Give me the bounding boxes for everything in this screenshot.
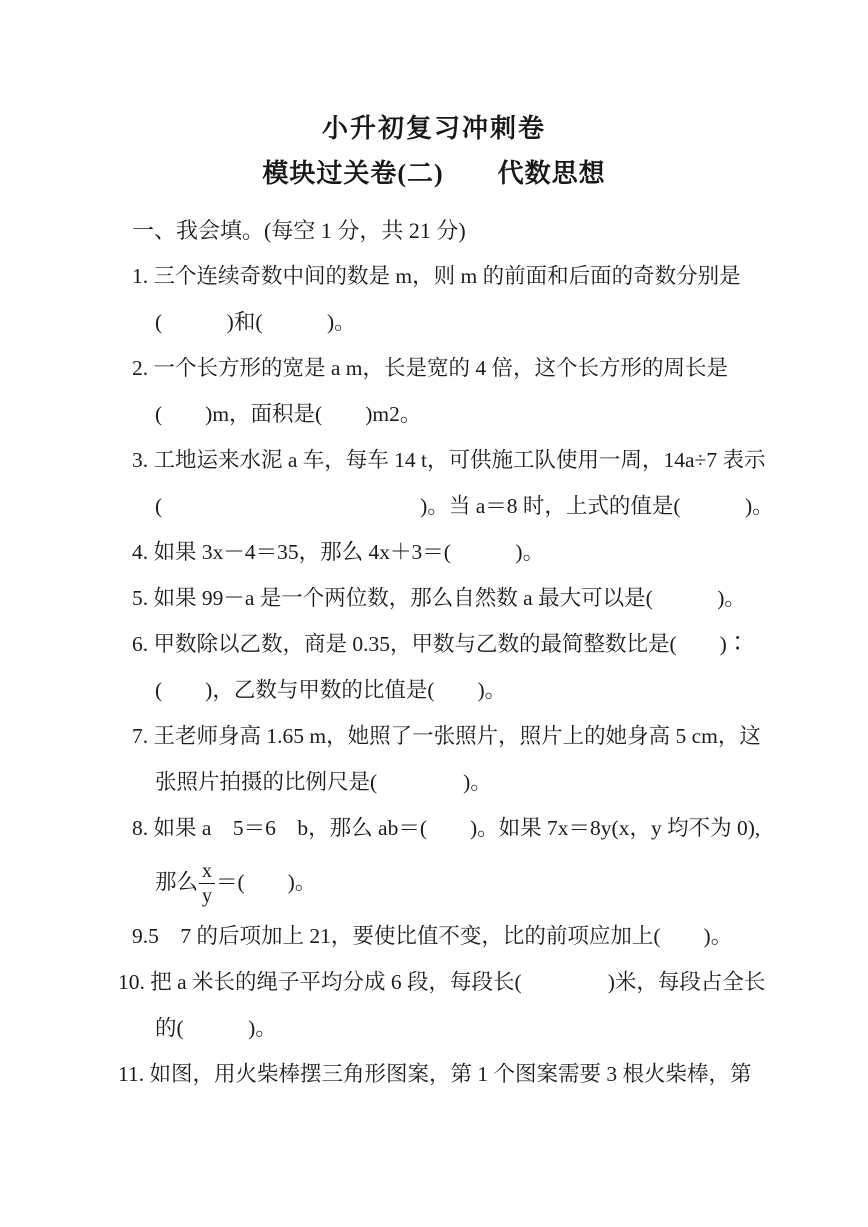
question-7-line-1: 7. 王老师身高 1.65 m，她照了一张照片，照片上的她身高 5 cm，这 [132,714,832,760]
section-1-heading: 一、我会填。(每空 1 分，共 21 分) [132,208,832,254]
question-1-line-2: ( )和( )。 [132,300,832,346]
question-1-line-1: 1. 三个连续奇数中间的数是 m，则 m 的前面和后面的奇数分别是 [132,254,832,300]
question-9-line-1: 9.5 7 的后项加上 21，要使比值不变，比的前项应加上( )。 [132,914,832,960]
fraction-denominator: y [199,884,215,906]
worksheet-page: 小升初复习冲刺卷 模块过关卷(二) 代数思想 一、我会填。(每空 1 分，共 2… [0,0,868,1227]
question-3-line-1: 3. 工地运来水泥 a 车，每车 14 t，可供施工队使用一周，14a÷7 表示 [132,438,832,484]
question-3-line-2: ( )。当 a＝8 时，上式的值是( )。 [132,484,832,530]
question-8-line-2-suffix: ＝( )。 [216,872,316,894]
fraction-x-over-y: x y [199,861,215,906]
question-4-line-1: 4. 如果 3x－4＝35，那么 4x＋3＝( )。 [132,530,832,576]
question-2-line-2: ( )m，面积是( )m2。 [132,392,832,438]
question-6-line-1: 6. 甲数除以乙数，商是 0.35，甲数与乙数的最简整数比是( )∶ [132,622,832,668]
page-title: 小升初复习冲刺卷 [0,108,868,145]
question-10-line-2: 的( )。 [132,1006,832,1052]
question-7-line-2: 张照片拍摄的比例尺是( )。 [132,760,832,806]
question-10-line-1: 10. 把 a 米长的绳子平均分成 6 段，每段长( )米，每段占全长 [118,960,832,1006]
question-8-line-2: 那么 x y ＝( )。 [132,852,832,914]
question-5-line-1: 5. 如果 99－a 是一个两位数，那么自然数 a 最大可以是( )。 [132,576,832,622]
fraction-numerator: x [199,861,215,884]
question-8-line-2-prefix: 那么 [155,872,198,894]
question-2-line-1: 2. 一个长方形的宽是 a m，长是宽的 4 倍，这个长方形的周长是 [132,346,832,392]
question-8-line-1: 8. 如果 a 5＝6 b，那么 ab＝( )。如果 7x＝8y(x，y 均不为… [132,806,832,852]
question-11-line-1: 11. 如图，用火柴棒摆三角形图案，第 1 个图案需要 3 根火柴棒，第 [118,1052,832,1098]
worksheet-body: 一、我会填。(每空 1 分，共 21 分) 1. 三个连续奇数中间的数是 m，则… [132,208,832,1098]
page-subtitle: 模块过关卷(二) 代数思想 [0,153,868,190]
question-6-line-2: ( )，乙数与甲数的比值是( )。 [132,668,832,714]
